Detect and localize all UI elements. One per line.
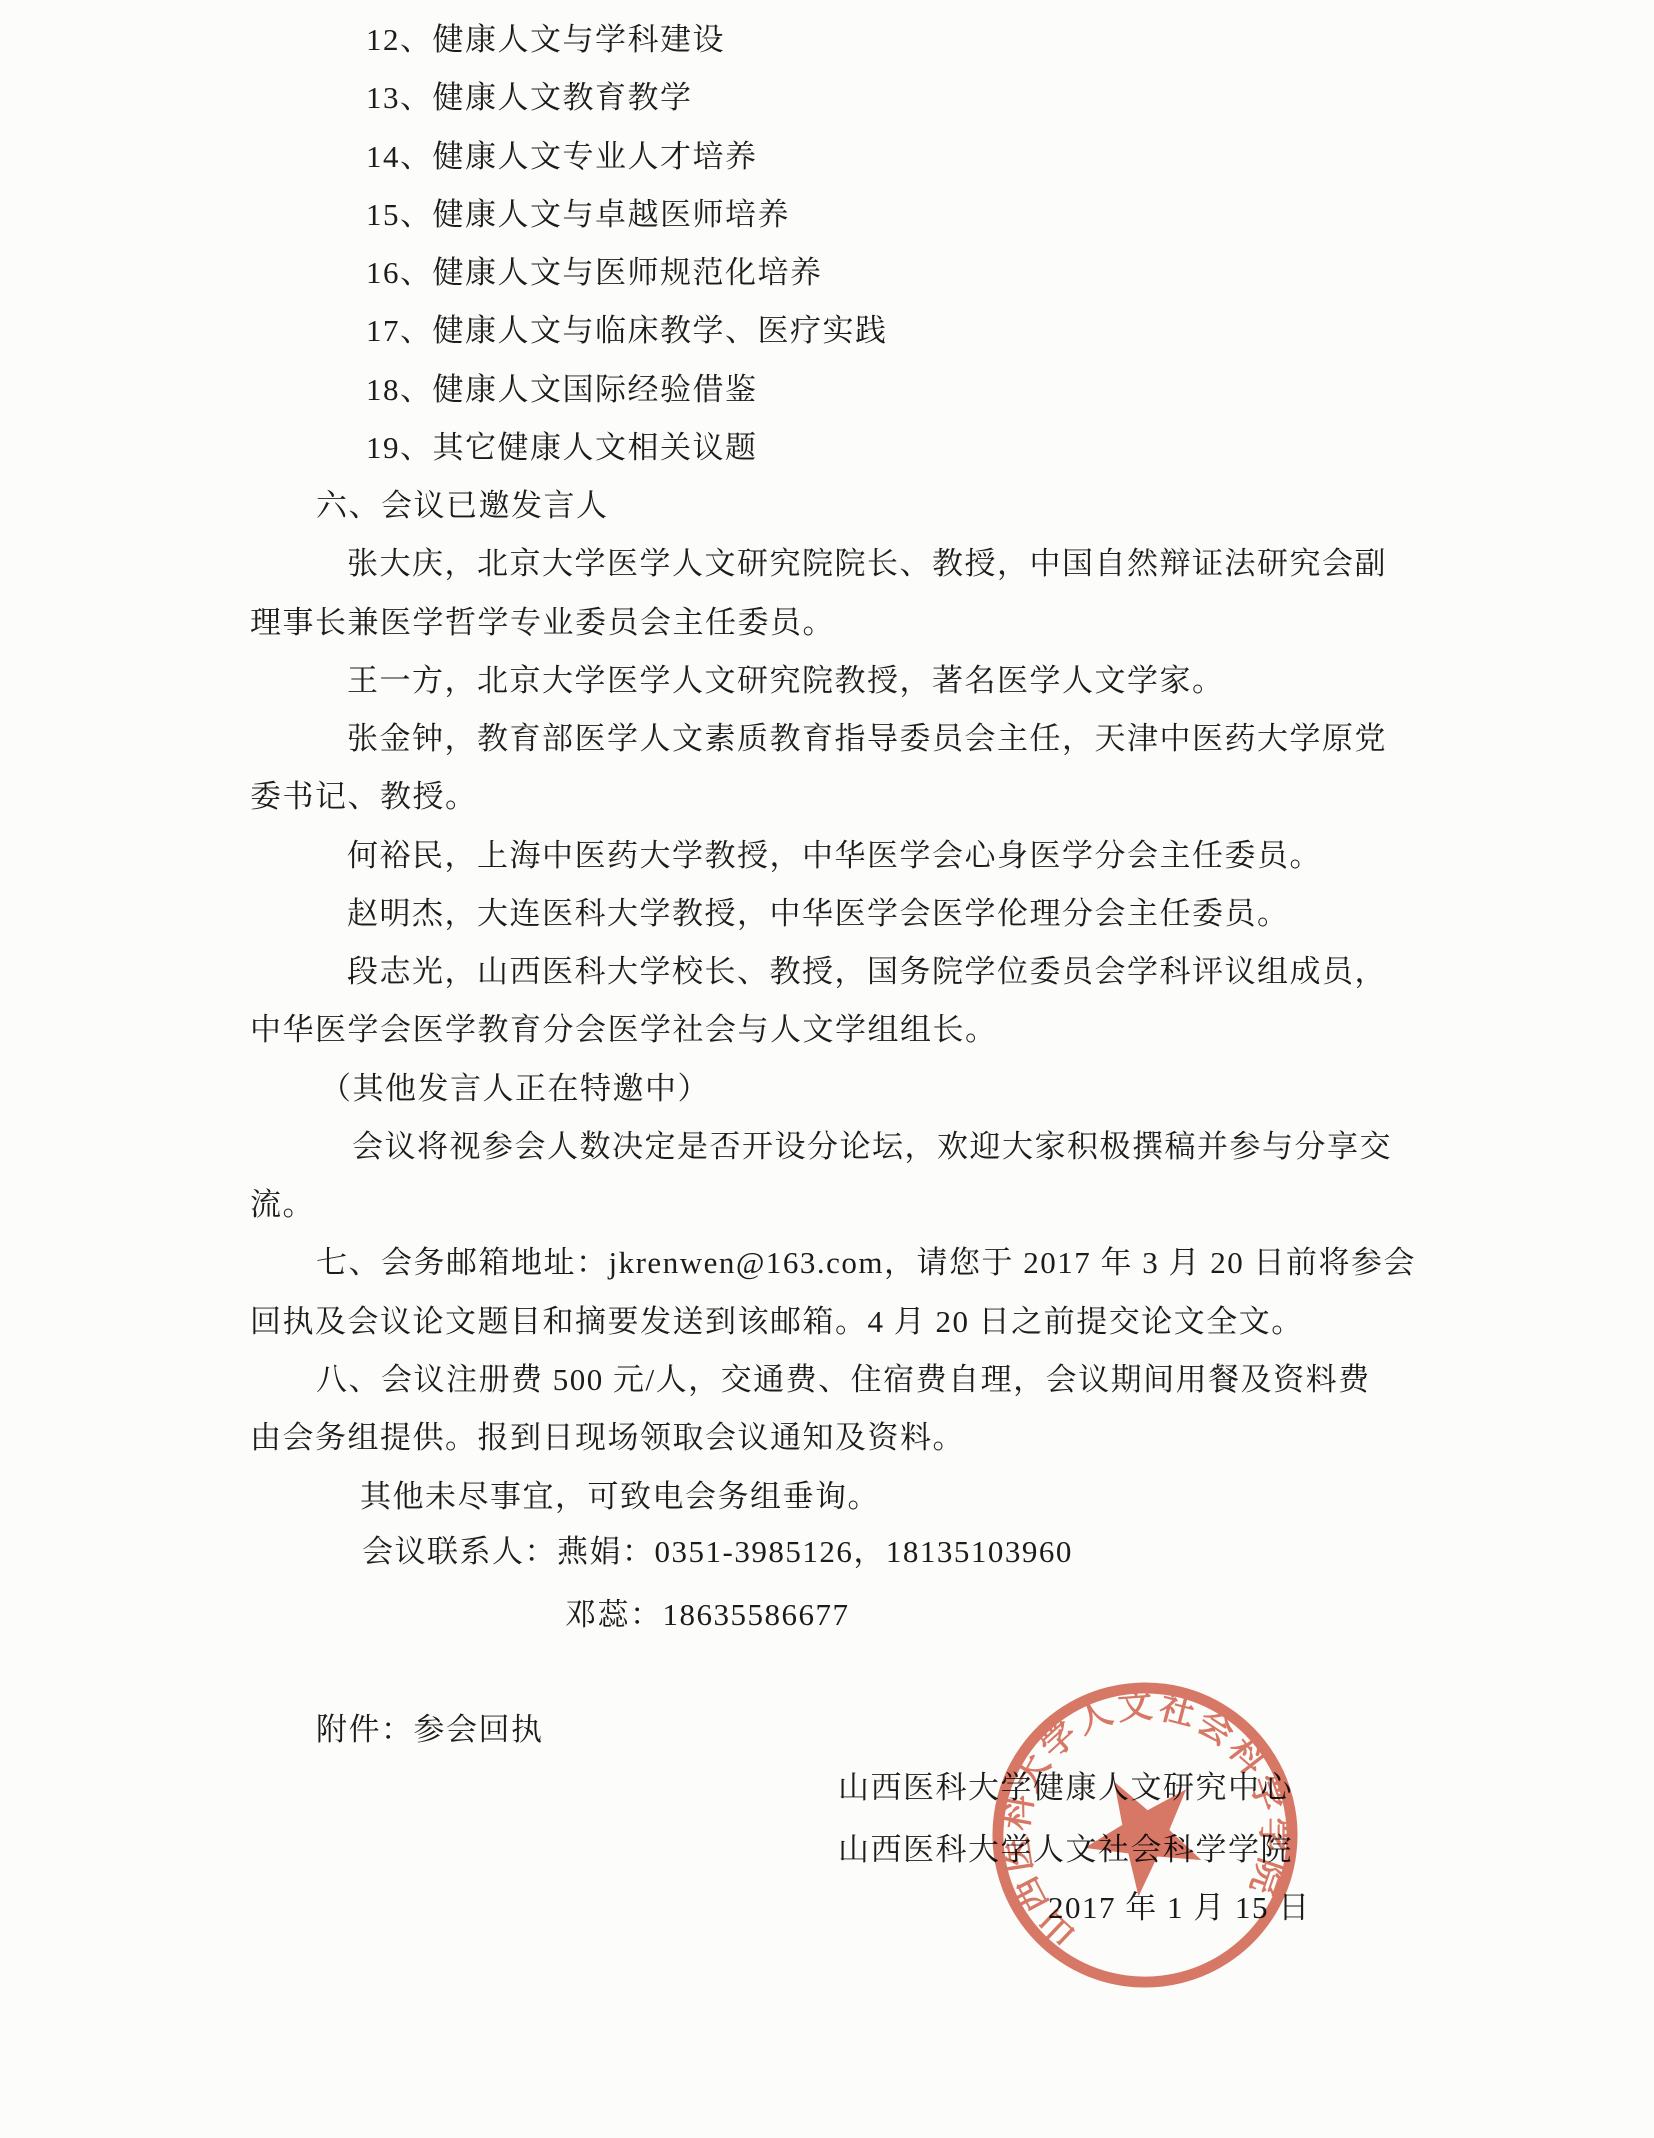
contact-line: 邓蕊：18635586677 [565, 1595, 850, 1635]
topic-item: 14、健康人文专业人才培养 [366, 137, 758, 177]
section-heading: 七、会务邮箱地址：jkrenwen@163.com，请您于 2017 年 3 月… [316, 1243, 1416, 1283]
topic-item: 13、健康人文教育教学 [366, 78, 693, 118]
section-heading: 六、会议已邀发言人 [316, 486, 609, 526]
paragraph-line: 张金钟，教育部医学人文素质教育指导委员会主任，天津中医药大学原党 [347, 719, 1387, 759]
topic-item: 19、其它健康人文相关议题 [366, 428, 758, 468]
paragraph-line: 回执及会议论文题目和摘要发送到该邮箱。4 月 20 日之前提交论文全文。 [250, 1302, 1304, 1342]
paragraph-line: 段志光，山西医科大学校长、教授，国务院学位委员会学科评议组成员， [347, 952, 1387, 992]
contact-line: 会议联系人：燕娟：0351-3985126，18135103960 [362, 1532, 1073, 1572]
paragraph-line: 委书记、教授。 [250, 777, 478, 817]
paragraph-line: 张大庆，北京大学医学人文研究院院长、教授，中国自然辩证法研究会副 [347, 544, 1387, 584]
paragraph-line: 何裕民，上海中医药大学教授，中华医学会心身医学分会主任委员。 [347, 836, 1322, 876]
topic-item: 15、健康人文与卓越医师培养 [366, 195, 790, 235]
topic-item: 18、健康人文国际经验借鉴 [366, 370, 758, 410]
paragraph-line: 赵明杰，大连医科大学教授，中华医学会医学伦理分会主任委员。 [347, 894, 1290, 934]
paragraph-line: 王一方，北京大学医学人文研究院教授，著名医学人文学家。 [347, 661, 1225, 701]
seal-star-icon [1067, 1759, 1215, 1908]
paragraph-line: 流。 [250, 1185, 315, 1225]
document-page: 12、健康人文与学科建设 13、健康人文教育教学 14、健康人文专业人才培养 1… [0, 0, 1654, 2138]
attachment-line: 附件：参会回执 [316, 1710, 544, 1750]
paragraph-line: （其他发言人正在特邀中） [320, 1069, 710, 1109]
paragraph-line: 理事长兼医学哲学专业委员会主任委员。 [250, 603, 835, 643]
official-seal: 山西医科大学人文社会科学学院 [952, 1642, 1337, 2027]
paragraph-line: 中华医学会医学教育分会医学社会与人文学组组长。 [250, 1010, 998, 1050]
section-heading: 八、会议注册费 500 元/人，交通费、住宿费自理，会议期间用餐及资料费 [316, 1360, 1371, 1400]
topic-item: 12、健康人文与学科建设 [366, 20, 725, 60]
paragraph-line: 其他未尽事宜，可致电会务组垂询。 [360, 1477, 880, 1517]
topic-item: 16、健康人文与医师规范化培养 [366, 253, 823, 293]
topic-item: 17、健康人文与临床教学、医疗实践 [366, 311, 888, 351]
paragraph-line: 会议将视参会人数决定是否开设分论坛，欢迎大家积极撰稿并参与分享交 [352, 1127, 1392, 1167]
paragraph-line: 由会务组提供。报到日现场领取会议通知及资料。 [250, 1418, 965, 1458]
